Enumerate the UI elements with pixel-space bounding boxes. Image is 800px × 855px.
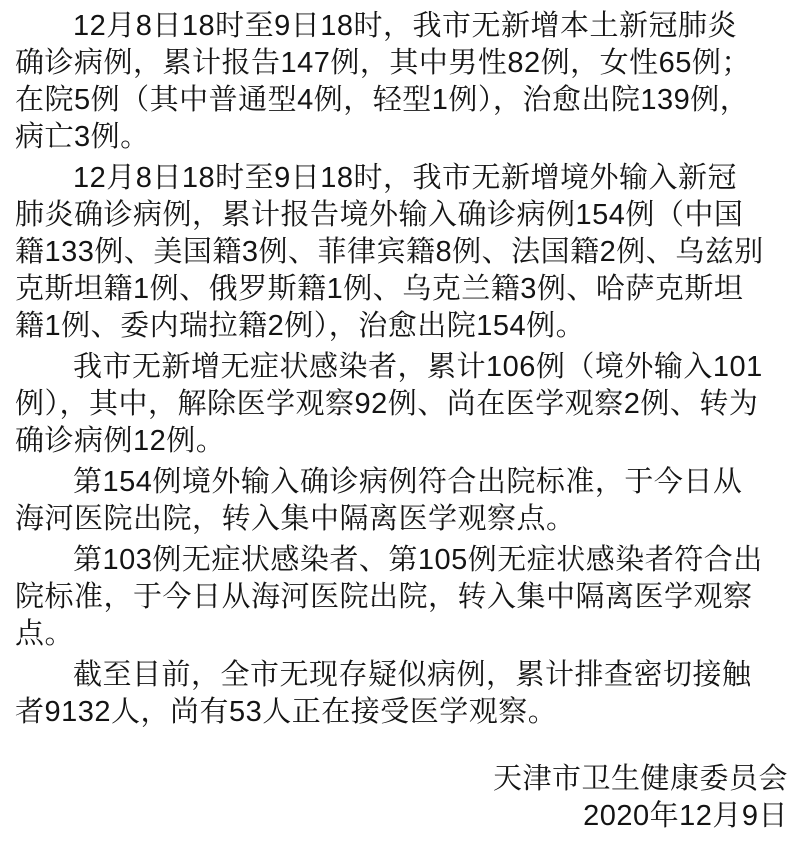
paragraph-discharge-asymptomatic-103-105: 第103例无症状感染者、第105例无症状感染者符合出院标准，于今日从海河医院出院… (15, 542, 766, 653)
announcement-body: 12月8日18时至9日18时，我市无新增本土新冠肺炎确诊病例，累计报告147例，… (0, 8, 800, 731)
paragraph-close-contacts-summary: 截至目前，全市无现存疑似病例，累计排查密切接触者9132人，尚有53人正在接受医… (15, 657, 766, 731)
paragraph-imported-confirmed-cases: 12月8日18时至9日18时，我市无新增境外输入新冠肺炎确诊病例，累计报告境外输… (15, 160, 766, 345)
signature-block: 天津市卫生健康委员会 2020年12月9日 (0, 761, 800, 835)
paragraph-local-confirmed-cases: 12月8日18时至9日18时，我市无新增本土新冠肺炎确诊病例，累计报告147例，… (15, 8, 766, 156)
signature-date: 2020年12月9日 (0, 798, 788, 835)
announcement-document: 12月8日18时至9日18时，我市无新增本土新冠肺炎确诊病例，累计报告147例，… (0, 0, 800, 835)
paragraph-discharge-case-154: 第154例境外输入确诊病例符合出院标准，于今日从海河医院出院，转入集中隔离医学观… (15, 464, 766, 538)
signature-issuer: 天津市卫生健康委员会 (0, 761, 788, 798)
paragraph-asymptomatic-cases: 我市无新增无症状感染者，累计106例（境外输入101例），其中，解除医学观察92… (15, 349, 766, 460)
